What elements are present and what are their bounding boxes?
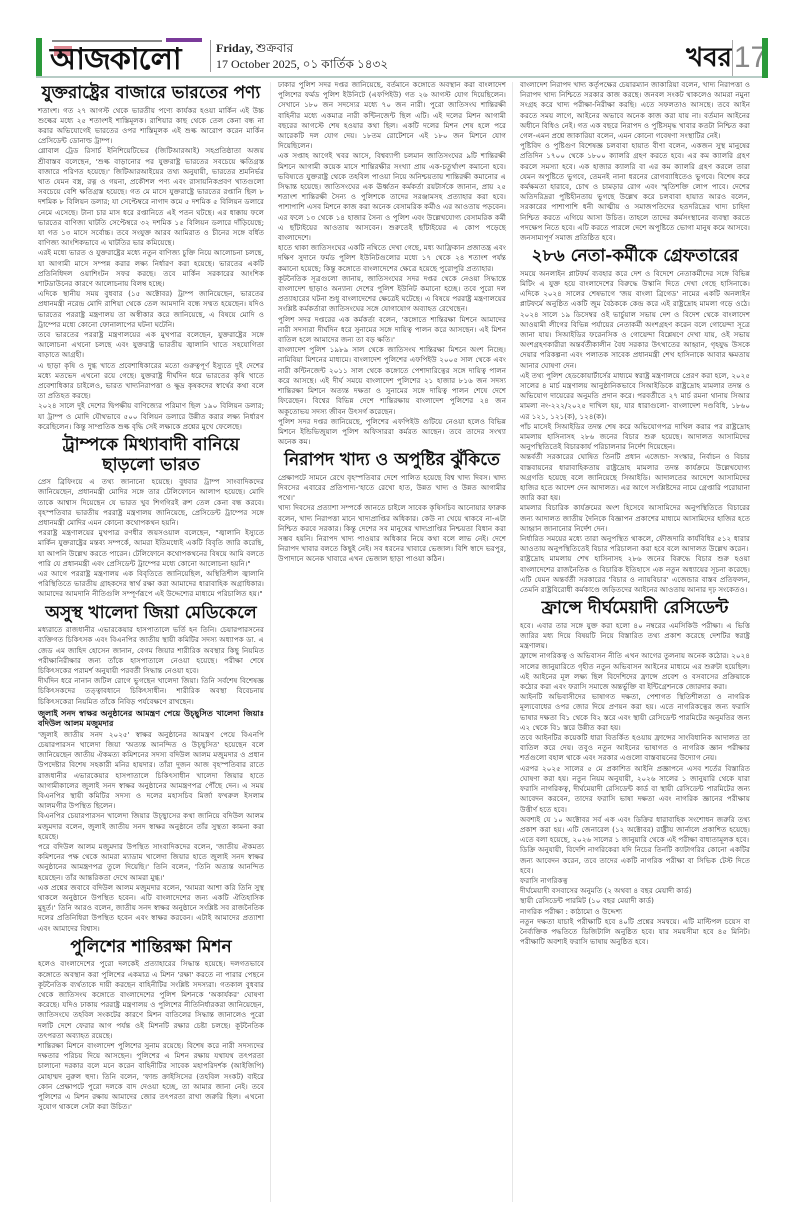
column-3: বাংলাদেশ নিরাপদ খাদ্য কর্তৃপক্ষের চেয়ার… [520, 80, 750, 947]
list-item: স্থায়ী রেসিডেন্ট পারমিট (১০ বছর মেয়াদী… [520, 896, 750, 906]
paragraph: পাঁচ মাসেই সিআইডির তদন্ত শেষ করে অভিযোগপ… [520, 422, 750, 453]
masthead-rule [36, 76, 762, 78]
paragraph: কূটনৈতিক সূত্রগুলো জানায়, জাতিসংঘের সদর… [278, 274, 506, 315]
section-title: খবর [686, 40, 732, 76]
day-bn: শুক্রবার [256, 41, 293, 55]
paragraph: পরে বদিউল আলম মজুমদার উপস্থিত সাংবাদিকদে… [38, 842, 264, 883]
day-en: Friday, [216, 41, 253, 55]
column-2: ঢাকার পুলিশ সদর দপ্তর জানিয়েছে, বর্তমান… [278, 80, 506, 565]
paragraph: এরপর ২০২৫ সালের ৫ মে প্রকাশিত আইনি প্রজ্… [520, 764, 750, 815]
subheadline: জুলাই সনদ স্বাক্ষর অনুষ্ঠানের আমন্ত্রণ প… [38, 709, 264, 730]
paragraph: বাংলাদেশ পুলিশ ১৯৮৯ সাল থেকে জাতিসংঘ শান… [278, 345, 506, 416]
paragraph: বিএনপির চেয়ারপারসন খালেদা জিয়ার উচ্ছ্ব… [38, 811, 264, 842]
paragraph: হলেও বাংলাদেশের পুরো দলকেই প্রত্যাহারের … [38, 959, 264, 1041]
headline: ট্রাম্পকে মিথ্যাবাদী বানিয়ে ছাড়লো ভারত [38, 436, 264, 475]
headline: ২৮৬ নেতা-কর্মীকে গ্রেফতারের [520, 247, 750, 267]
article-us-market: যুক্তরাষ্ট্রের বাজারে ভারতের পণ্য শতাংশ।… [38, 84, 264, 432]
paragraph: সময়ে অনলাইন প্লাটফর্ম ব্যবহার করে দেশ ও… [520, 269, 750, 371]
paragraph: পুষ্টিবিদ ও পুষ্টিগুণ বিশেষজ্ঞ চলবাবা হা… [520, 141, 750, 243]
paragraph: পুলিশ সদর দপ্তর জানিয়েছে, পুলিশের এফপিই… [278, 417, 506, 448]
paragraph: 'জুলাই জাতীয় সনদ ২০২৫' স্বাক্ষর অনুষ্ঠা… [38, 730, 264, 812]
paragraph: এই তথ্য পুলিশ হেডকোয়ার্টার্সের মাধ্যমে … [520, 371, 750, 422]
article-trump-liar: ট্রাম্পকে মিথ্যাবাদী বানিয়ে ছাড়লো ভারত… [38, 436, 264, 600]
headline: পুলিশের শান্তিরক্ষা মিশন [38, 938, 264, 958]
paragraph: মধ্যরাতে রাজধানীর এভারকেয়ার হাসপাতালে ভ… [38, 625, 264, 676]
paragraph: এক প্রশ্নের জবাবে বদিউল আলম মজুমদার বলেন… [38, 883, 264, 934]
paragraph: ঢাকার পুলিশ সদর দপ্তর জানিয়েছে, বর্তমান… [278, 80, 506, 151]
paragraph: এরই মধ্যে ভারত ও যুক্তরাষ্ট্রের মধ্যে নত… [38, 248, 264, 289]
paragraph: ডিক্রি অনুযায়ী, বিদেশি নাগরিকেরা যদি নি… [520, 845, 750, 876]
date-line: 17 October 2025, ০১ কার্তিক ১৪৩২ [216, 56, 388, 72]
paragraph: পুলিশ সদর দপ্তরের এক কর্মকর্তা বলেন, 'কঙ… [278, 315, 506, 346]
list-item: নাগরিক পরীক্ষা : কাঠামো ও উদ্দেশ্য [520, 907, 750, 917]
paragraph: রাষ্ট্রদ্রোহ মামলায় শেখ হাসিনাসহ ২৮৬ জন… [520, 554, 750, 595]
paragraph: আইনটি অভিবাসীদের ভাষাগত দক্ষতা, পেশাগত স… [520, 692, 750, 733]
paragraph: এক সপ্তাহ আগেই খবর আসে, বিশ্বব্যাপী চলমা… [278, 151, 506, 243]
list-item: ফরাসি নাগরিকত্ব [520, 876, 750, 886]
headline: অসুস্থ খালেদা জিয়া মেডিকেলে [38, 604, 264, 624]
paragraph: এদিকে স্থানীয় সময় বুধবার (১৫ অক্টোবর) … [38, 289, 264, 330]
paragraph: খাদ্য দিবসের প্রত্যাশা সম্পর্কে জানতে চা… [278, 503, 506, 564]
headline: নিরাপদ খাদ্য ও অপুষ্টির ঝুঁকিতে [278, 451, 506, 471]
paragraph: তবে আইনটির কয়েকটি ধারা বিতর্কিত হওয়ায়… [520, 733, 750, 764]
article-police-mission: পুলিশের শান্তিরক্ষা মিশন হলেও বাংলাদেশের… [38, 938, 264, 1113]
list-item: দীর্ঘমেয়াদী বসবাসের অনুমতি (২ অথবা ৪ বছ… [520, 886, 750, 896]
paragraph: হাতে থাকা জাতিসংঘের একটি নথিতে দেখা গেছে… [278, 243, 506, 274]
paragraph: বাংলাদেশ নিরাপদ খাদ্য কর্তৃপক্ষের চেয়ার… [520, 80, 750, 141]
article-food-safety: নিরাপদ খাদ্য ও অপুষ্টির ঝুঁকিতে প্রেক্ষা… [278, 451, 506, 564]
paragraph: তবে ভারতের পররাষ্ট্র মন্ত্রণালয়ের এক মু… [38, 330, 264, 361]
paragraph: গ্লোবাল ট্রেড রিসার্চ ইনিশিয়েটিভের (জিট… [38, 146, 264, 248]
column-1: যুক্তরাষ্ট্রের বাজারে ভারতের পণ্য শতাংশ।… [38, 80, 264, 1112]
masthead: আজকালো Friday, শুক্রবার 17 October 2025,… [0, 36, 792, 78]
article-khaleda-zia: অসুস্থ খালেদা জিয়া মেডিকেলে মধ্যরাতে রা… [38, 604, 264, 934]
column-divider [270, 82, 271, 1202]
logo-text: আজকালো [50, 42, 181, 78]
issue-date: Friday, শুক্রবার 17 October 2025, ০১ কার… [210, 40, 388, 72]
paragraph: অন্তর্বর্তী সরকারের ঘোষিত তিনটি প্রধান এ… [520, 452, 750, 503]
paragraph: প্রেস ব্রিফিংয়ে এ তথ্য জানানো হয়েছে। ব… [38, 477, 264, 528]
newspaper-logo: আজকালো [36, 38, 206, 78]
article-food-safety-cont: বাংলাদেশ নিরাপদ খাদ্য কর্তৃপক্ষের চেয়ার… [520, 80, 750, 243]
paragraph: ২০২৪ সালে দুই দেশের দ্বিপক্ষীয় বাণিজ্যে… [38, 401, 264, 432]
paragraph: দীর্ঘদিন ধরে নানান জটিল রোগে ভুগছেন খালে… [38, 676, 264, 707]
paragraph: হবে। এবার তার সঙ্গে যুক্ত করা হলো ৪০ নম্… [520, 621, 750, 652]
article-police-mission-cont: ঢাকার পুলিশ সদর দপ্তর জানিয়েছে, বর্তমান… [278, 80, 506, 447]
article-arrest-286: ২৮৬ নেতা-কর্মীকে গ্রেফতারের সময়ে অনলাইন… [520, 247, 750, 595]
paragraph: ফ্রান্সে নাগরিকত্ব ও অভিবাসন নীতি এখন আগ… [520, 651, 750, 692]
paragraph: এ ছাড়া কৃষি ও দুগ্ধ খাতে প্রবেশাধিকারের… [38, 361, 264, 402]
paragraph: মামলার বিচারিক কার্যক্রমের অংশ হিসেবে আস… [520, 503, 750, 534]
paragraph: পররাষ্ট্র মন্ত্রণালয়ের মুখপাত্র রণধীর জ… [38, 528, 264, 569]
article-france-resident: ফ্রান্সে দীর্ঘমেয়াদী রেসিডেন্ট হবে। এবা… [520, 599, 750, 947]
paragraph: এর আগে পররাষ্ট্র মন্ত্রণালয় এক বিবৃতিতে… [38, 569, 264, 600]
paragraph: শান্তিরক্ষা মিশনে বাংলাদেশ পুলিশের সুনাম… [38, 1041, 264, 1112]
headline: ফ্রান্সে দীর্ঘমেয়াদী রেসিডেন্ট [520, 599, 750, 619]
column-divider [512, 82, 513, 1202]
page-accent-bar [762, 38, 768, 78]
paragraph: অবশ্যই যে ১০ অক্টোবর সর্ব এক এবং ডিক্রির… [520, 815, 750, 846]
paragraph: প্রেক্ষাপটে সামনে রেখে বৃহস্পতিবার দেশে … [278, 473, 506, 504]
paragraph: নতুন দক্ষতা যাচাই পরীক্ষাটি হবে ৪০টি প্র… [520, 917, 750, 948]
paragraph: শতাংশ। গত ২৭ আগস্ট থেকে ভারতীয় পণ্যে কা… [38, 106, 264, 147]
paragraph: নির্ধারিত সময়ের মধ্যে তারা অনুপস্থিত থা… [520, 534, 750, 554]
headline: যুক্তরাষ্ট্রের বাজারে ভারতের পণ্য [38, 84, 264, 104]
